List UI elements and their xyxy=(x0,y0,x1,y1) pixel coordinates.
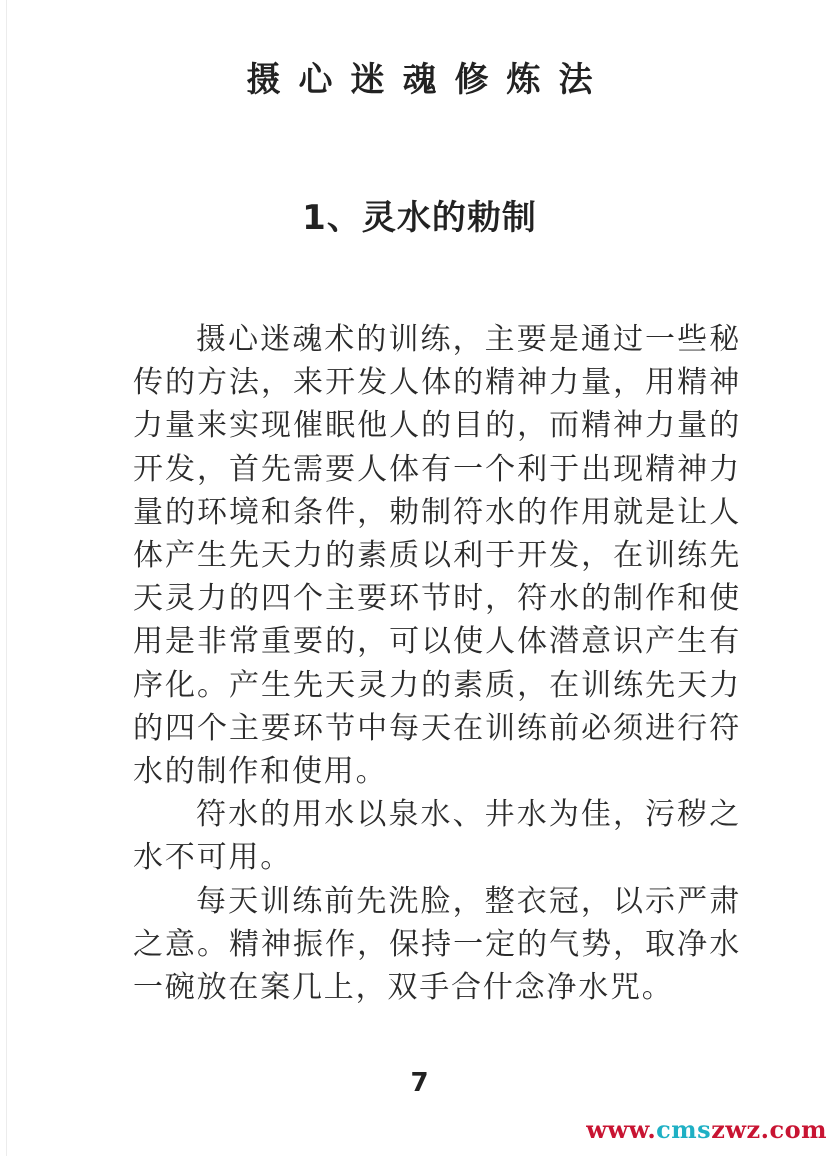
paragraph: 符水的用水以泉水、井水为佳，污秽之水不可用。 xyxy=(133,793,741,879)
chapter-title: 1、灵水的勅制 xyxy=(0,190,839,239)
site-watermark: www.cmszwz.com xyxy=(586,1115,827,1144)
book-title: 摄心迷魂修炼法 xyxy=(0,52,839,101)
paragraph: 摄心迷魂术的训练，主要是通过一些秘传的方法，来开发人体的精神力量，用精神力量来实… xyxy=(133,318,741,793)
watermark-suffix: zwz.com xyxy=(711,1115,827,1144)
paragraph: 每天训练前先洗脸，整衣冠，以示严肃之意。精神振作，保持一定的气势，取净水一碗放在… xyxy=(133,880,741,1010)
page-number: 7 xyxy=(0,1068,839,1098)
page-edge-line xyxy=(6,0,7,1156)
watermark-prefix: www. xyxy=(586,1115,656,1144)
watermark-middle: cms xyxy=(656,1115,711,1144)
body-text: 摄心迷魂术的训练，主要是通过一些秘传的方法，来开发人体的精神力量，用精神力量来实… xyxy=(133,318,741,1009)
